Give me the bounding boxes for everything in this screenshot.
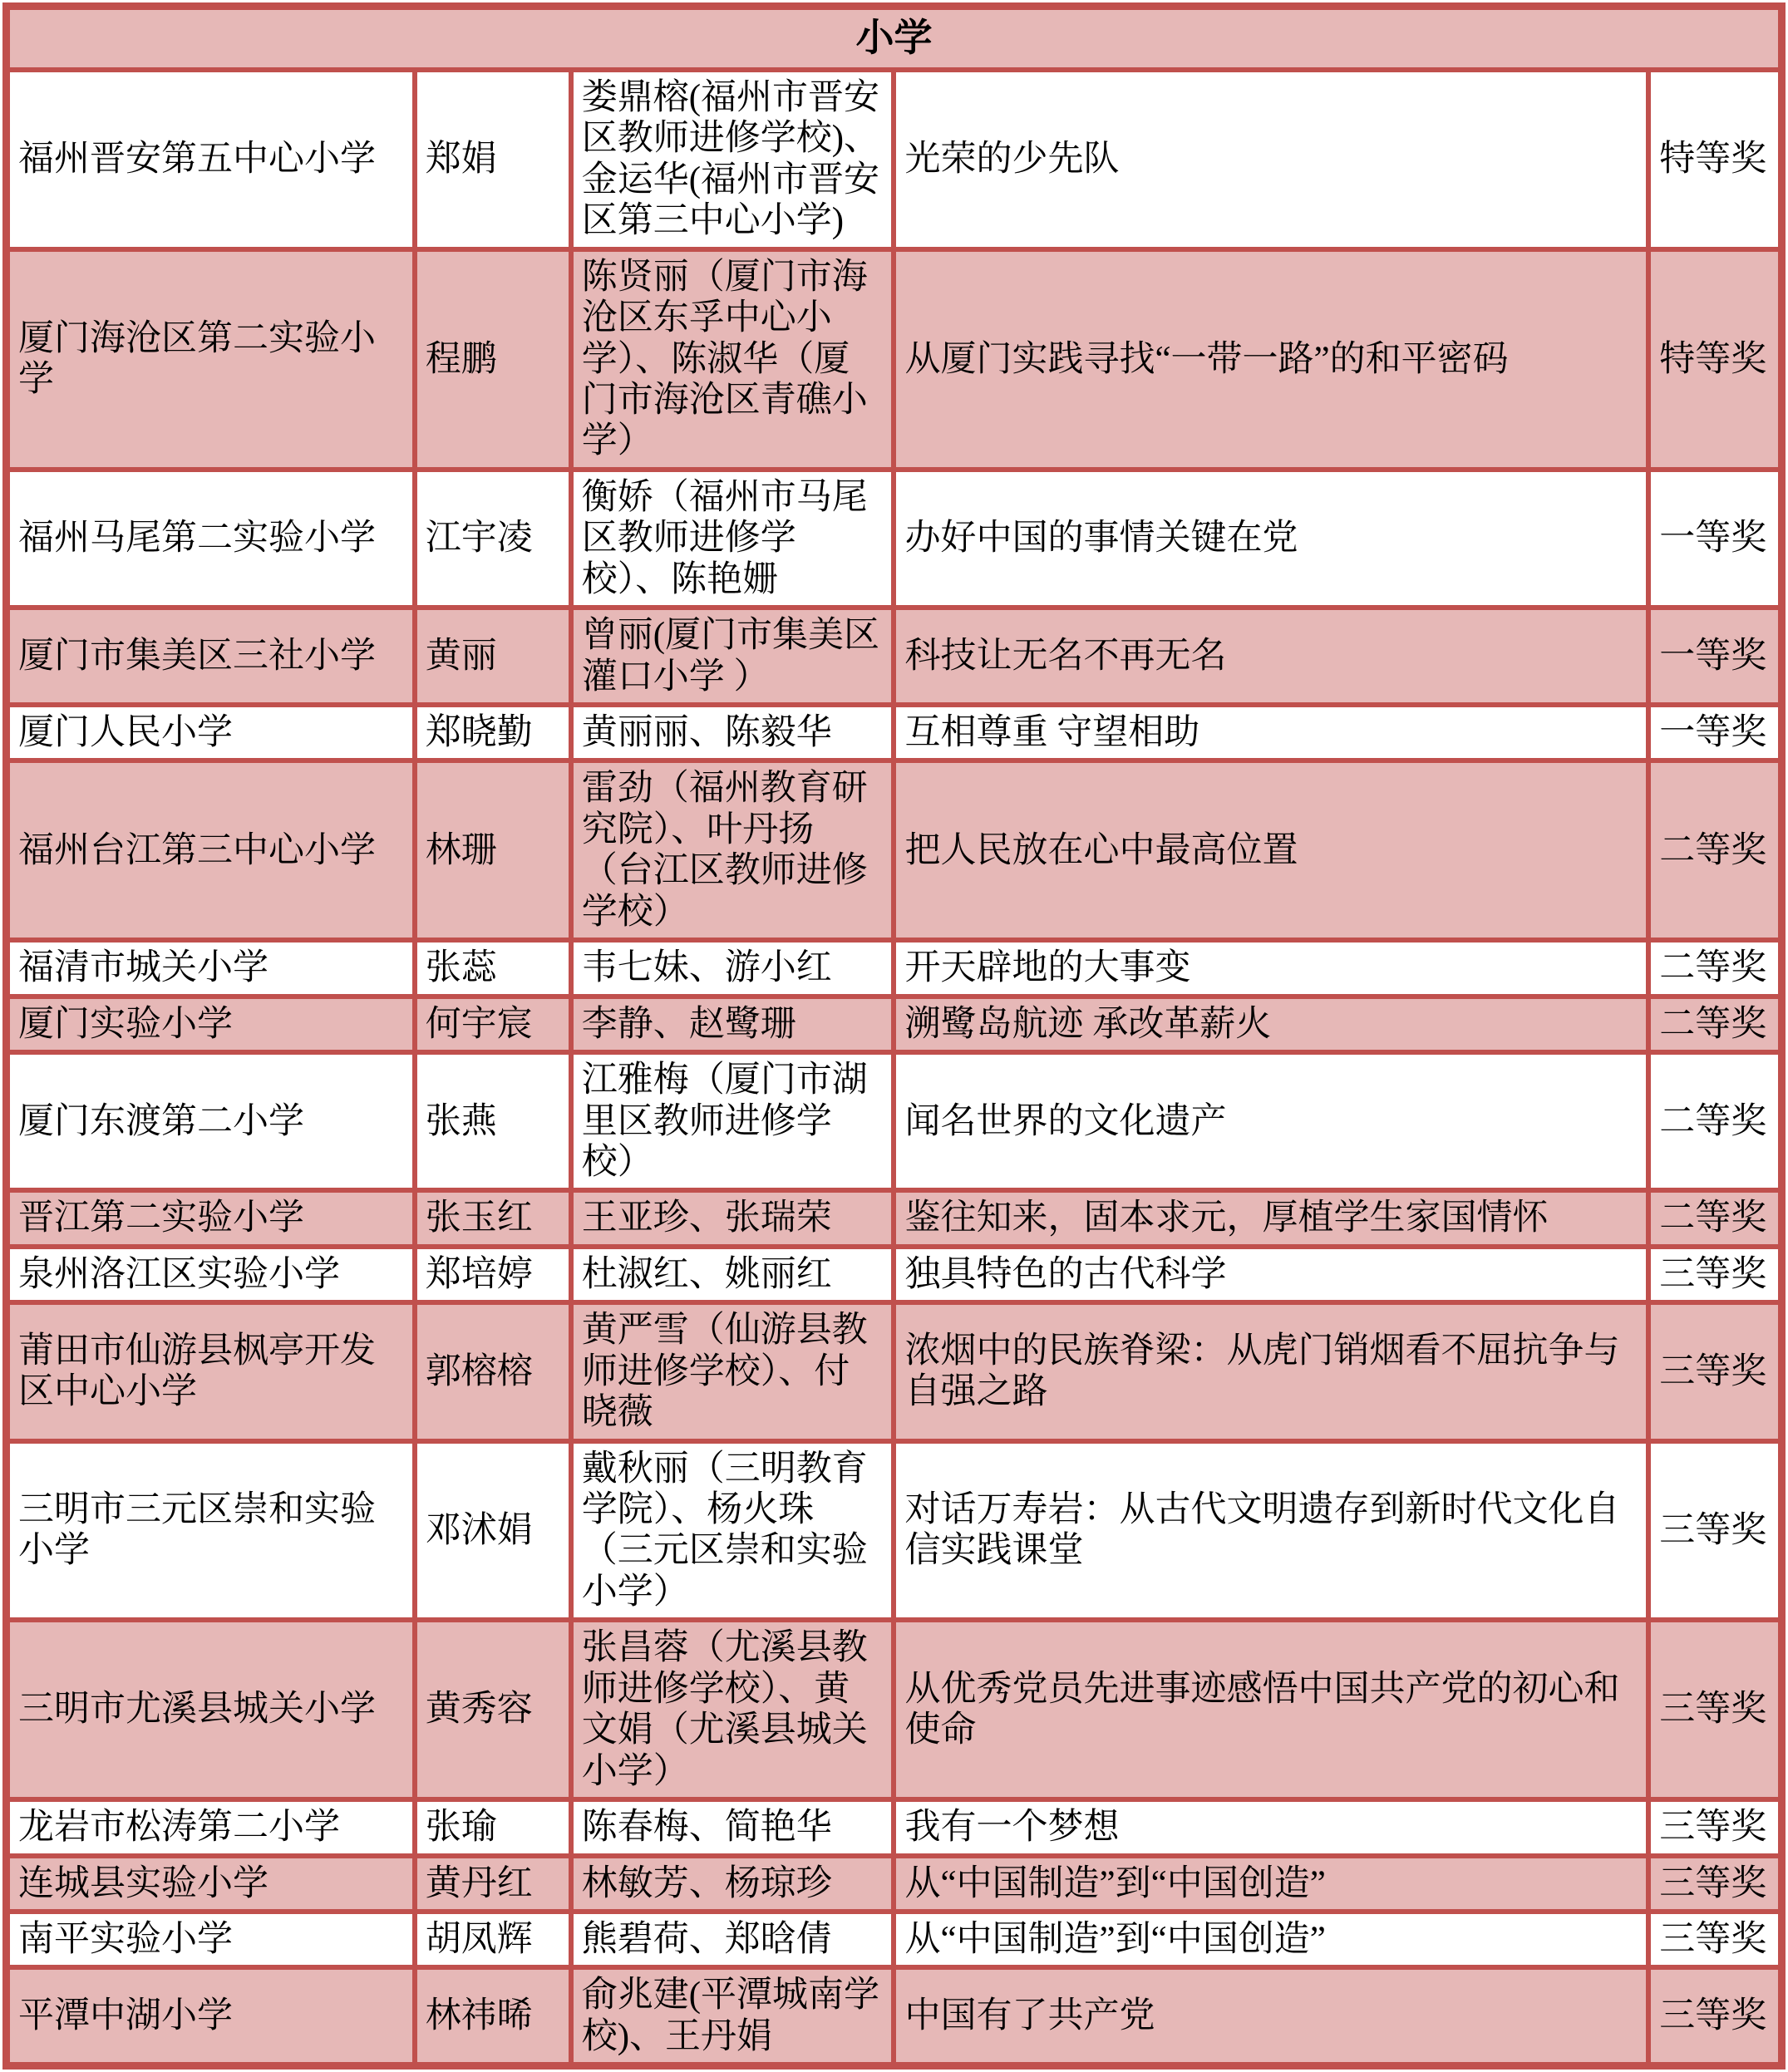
- author-cell: 林珊: [415, 760, 571, 940]
- author-cell: 黄丹红: [415, 1856, 571, 1912]
- author-cell: 黄秀容: [415, 1620, 571, 1799]
- title-cell: 把人民放在心中最高位置: [894, 760, 1648, 940]
- school-cell: 厦门实验小学: [7, 997, 415, 1052]
- school-cell: 厦门海沧区第二实验小学: [7, 249, 415, 470]
- author-cell: 江宇凌: [415, 470, 571, 608]
- title-cell: 办好中国的事情关键在党: [894, 470, 1648, 608]
- instructors-cell: 娄鼎榕(福州市晋安区教师进修学校)、金运华(福州市晋安区第三中心小学): [571, 70, 894, 249]
- author-cell: 张玉红: [415, 1190, 571, 1246]
- award-cell: 二等奖: [1648, 760, 1781, 940]
- instructors-cell: 雷劲（福州教育研究院）、叶丹扬（台江区教师进修学校）: [571, 760, 894, 940]
- instructors-cell: 王亚珍、张瑞荣: [571, 1190, 894, 1246]
- table-row: 连城县实验小学 黄丹红 林敏芳、杨琼珍 从“中国制造”到“中国创造” 三等奖: [7, 1856, 1782, 1912]
- award-cell: 三等奖: [1648, 1620, 1781, 1799]
- title-cell: 从优秀党员先进事迹感悟中国共产党的初心和使命: [894, 1620, 1648, 1799]
- author-cell: 何宇宸: [415, 997, 571, 1052]
- author-cell: 邓沭娟: [415, 1441, 571, 1621]
- instructors-cell: 熊碧荷、郑晗倩: [571, 1912, 894, 1967]
- school-cell: 福州马尾第二实验小学: [7, 470, 415, 608]
- title-cell: 光荣的少先队: [894, 70, 1648, 249]
- title-cell: 浓烟中的民族脊梁：从虎门销烟看不屈抗争与自强之路: [894, 1302, 1648, 1440]
- author-cell: 张瑜: [415, 1799, 571, 1855]
- author-cell: 郑娟: [415, 70, 571, 249]
- instructors-cell: 韦七妹、游小红: [571, 940, 894, 996]
- title-cell: 对话万寿岩：从古代文明遗存到新时代文化自信实践课堂: [894, 1441, 1648, 1621]
- award-cell: 一等奖: [1648, 608, 1781, 705]
- award-cell: 三等奖: [1648, 1302, 1781, 1440]
- table-row: 福州晋安第五中心小学 郑娟 娄鼎榕(福州市晋安区教师进修学校)、金运华(福州市晋…: [7, 70, 1782, 249]
- table-row: 厦门实验小学 何宇宸 李静、赵鹭珊 溯鹭岛航迹 承改革薪火 二等奖: [7, 997, 1782, 1052]
- title-cell: 科技让无名不再无名: [894, 608, 1648, 705]
- author-cell: 郑培婷: [415, 1247, 571, 1302]
- table-row: 福州马尾第二实验小学 江宇凌 衡娇（福州市马尾区教师进修学校）、陈艳姗 办好中国…: [7, 470, 1782, 608]
- school-cell: 三明市尤溪县城关小学: [7, 1620, 415, 1799]
- school-cell: 福清市城关小学: [7, 940, 415, 996]
- author-cell: 程鹏: [415, 249, 571, 470]
- author-cell: 郑晓勤: [415, 705, 571, 760]
- award-table: 小学 福州晋安第五中心小学 郑娟 娄鼎榕(福州市晋安区教师进修学校)、金运华(福…: [2, 2, 1786, 2070]
- award-cell: 三等奖: [1648, 1856, 1781, 1912]
- author-cell: 林祎晞: [415, 1967, 571, 2065]
- instructors-cell: 陈贤丽（厦门市海沧区东孚中心小学）、陈淑华（厦门市海沧区青礁小学）: [571, 249, 894, 470]
- table-row: 平潭中湖小学 林祎晞 俞兆建(平潭城南学校)、王丹娟 中国有了共产党 三等奖: [7, 1967, 1782, 2065]
- table-row: 龙岩市松涛第二小学 张瑜 陈春梅、简艳华 我有一个梦想 三等奖: [7, 1799, 1782, 1855]
- title-cell: 溯鹭岛航迹 承改革薪火: [894, 997, 1648, 1052]
- school-cell: 晋江第二实验小学: [7, 1190, 415, 1246]
- instructors-cell: 江雅梅（厦门市湖里区教师进修学校）: [571, 1052, 894, 1190]
- table-row: 厦门海沧区第二实验小学 程鹏 陈贤丽（厦门市海沧区东孚中心小学）、陈淑华（厦门市…: [7, 249, 1782, 470]
- school-cell: 连城县实验小学: [7, 1856, 415, 1912]
- title-cell: 鉴往知来，固本求元，厚植学生家国情怀: [894, 1190, 1648, 1246]
- table-row: 三明市三元区崇和实验小学 邓沭娟 戴秋丽（三明教育学院）、杨火珠（三元区崇和实验…: [7, 1441, 1782, 1621]
- title-cell: 中国有了共产党: [894, 1967, 1648, 2065]
- author-cell: 张燕: [415, 1052, 571, 1190]
- award-cell: 三等奖: [1648, 1967, 1781, 2065]
- award-cell: 特等奖: [1648, 70, 1781, 249]
- author-cell: 黄丽: [415, 608, 571, 705]
- table-row: 三明市尤溪县城关小学 黄秀容 张昌蓉（尤溪县教师进修学校）、黄文娟（尤溪县城关小…: [7, 1620, 1782, 1799]
- school-cell: 泉州洛江区实验小学: [7, 1247, 415, 1302]
- author-cell: 张蕊: [415, 940, 571, 996]
- table-row: 福清市城关小学 张蕊 韦七妹、游小红 开天辟地的大事变 二等奖: [7, 940, 1782, 996]
- instructors-cell: 杜淑红、姚丽红: [571, 1247, 894, 1302]
- award-cell: 三等奖: [1648, 1247, 1781, 1302]
- table-row: 晋江第二实验小学 张玉红 王亚珍、张瑞荣 鉴往知来，固本求元，厚植学生家国情怀 …: [7, 1190, 1782, 1246]
- school-cell: 平潭中湖小学: [7, 1967, 415, 2065]
- title-cell: 互相尊重 守望相助: [894, 705, 1648, 760]
- instructors-cell: 张昌蓉（尤溪县教师进修学校）、黄文娟（尤溪县城关小学）: [571, 1620, 894, 1799]
- award-cell: 三等奖: [1648, 1799, 1781, 1855]
- title-cell: 我有一个梦想: [894, 1799, 1648, 1855]
- school-cell: 龙岩市松涛第二小学: [7, 1799, 415, 1855]
- award-cell: 二等奖: [1648, 997, 1781, 1052]
- table-row: 厦门东渡第二小学 张燕 江雅梅（厦门市湖里区教师进修学校） 闻名世界的文化遗产 …: [7, 1052, 1782, 1190]
- award-cell: 一等奖: [1648, 470, 1781, 608]
- instructors-cell: 衡娇（福州市马尾区教师进修学校）、陈艳姗: [571, 470, 894, 608]
- school-cell: 南平实验小学: [7, 1912, 415, 1967]
- award-cell: 二等奖: [1648, 1052, 1781, 1190]
- table-row: 厦门市集美区三社小学 黄丽 曾丽(厦门市集美区灌口小学 ） 科技让无名不再无名 …: [7, 608, 1782, 705]
- section-title: 小学: [7, 7, 1782, 70]
- instructors-cell: 戴秋丽（三明教育学院）、杨火珠（三元区崇和实验小学）: [571, 1441, 894, 1621]
- section-header-row: 小学: [7, 7, 1782, 70]
- instructors-cell: 李静、赵鹭珊: [571, 997, 894, 1052]
- school-cell: 厦门东渡第二小学: [7, 1052, 415, 1190]
- instructors-cell: 黄丽丽、陈毅华: [571, 705, 894, 760]
- school-cell: 三明市三元区崇和实验小学: [7, 1441, 415, 1621]
- award-cell: 三等奖: [1648, 1912, 1781, 1967]
- title-cell: 独具特色的古代科学: [894, 1247, 1648, 1302]
- school-cell: 厦门市集美区三社小学: [7, 608, 415, 705]
- award-cell: 一等奖: [1648, 705, 1781, 760]
- table-row: 泉州洛江区实验小学 郑培婷 杜淑红、姚丽红 独具特色的古代科学 三等奖: [7, 1247, 1782, 1302]
- title-cell: 开天辟地的大事变: [894, 940, 1648, 996]
- table-row: 南平实验小学 胡凤辉 熊碧荷、郑晗倩 从“中国制造”到“中国创造” 三等奖: [7, 1912, 1782, 1967]
- instructors-cell: 陈春梅、简艳华: [571, 1799, 894, 1855]
- title-cell: 从“中国制造”到“中国创造”: [894, 1912, 1648, 1967]
- table-row: 莆田市仙游县枫亭开发区中心小学 郭榕榕 黄严雪（仙游县教师进修学校）、付晓薇 浓…: [7, 1302, 1782, 1440]
- school-cell: 福州晋安第五中心小学: [7, 70, 415, 249]
- instructors-cell: 俞兆建(平潭城南学校)、王丹娟: [571, 1967, 894, 2065]
- school-cell: 福州台江第三中心小学: [7, 760, 415, 940]
- title-cell: 从厦门实践寻找“一带一路”的和平密码: [894, 249, 1648, 470]
- title-cell: 闻名世界的文化遗产: [894, 1052, 1648, 1190]
- award-cell: 二等奖: [1648, 940, 1781, 996]
- table-row: 福州台江第三中心小学 林珊 雷劲（福州教育研究院）、叶丹扬（台江区教师进修学校）…: [7, 760, 1782, 940]
- instructors-cell: 林敏芳、杨琼珍: [571, 1856, 894, 1912]
- author-cell: 胡凤辉: [415, 1912, 571, 1967]
- award-cell: 特等奖: [1648, 249, 1781, 470]
- author-cell: 郭榕榕: [415, 1302, 571, 1440]
- award-cell: 二等奖: [1648, 1190, 1781, 1246]
- title-cell: 从“中国制造”到“中国创造”: [894, 1856, 1648, 1912]
- instructors-cell: 曾丽(厦门市集美区灌口小学 ）: [571, 608, 894, 705]
- award-cell: 三等奖: [1648, 1441, 1781, 1621]
- school-cell: 莆田市仙游县枫亭开发区中心小学: [7, 1302, 415, 1440]
- instructors-cell: 黄严雪（仙游县教师进修学校）、付晓薇: [571, 1302, 894, 1440]
- table-body: 福州晋安第五中心小学 郑娟 娄鼎榕(福州市晋安区教师进修学校)、金运华(福州市晋…: [7, 70, 1782, 2066]
- school-cell: 厦门人民小学: [7, 705, 415, 760]
- table-row: 厦门人民小学 郑晓勤 黄丽丽、陈毅华 互相尊重 守望相助 一等奖: [7, 705, 1782, 760]
